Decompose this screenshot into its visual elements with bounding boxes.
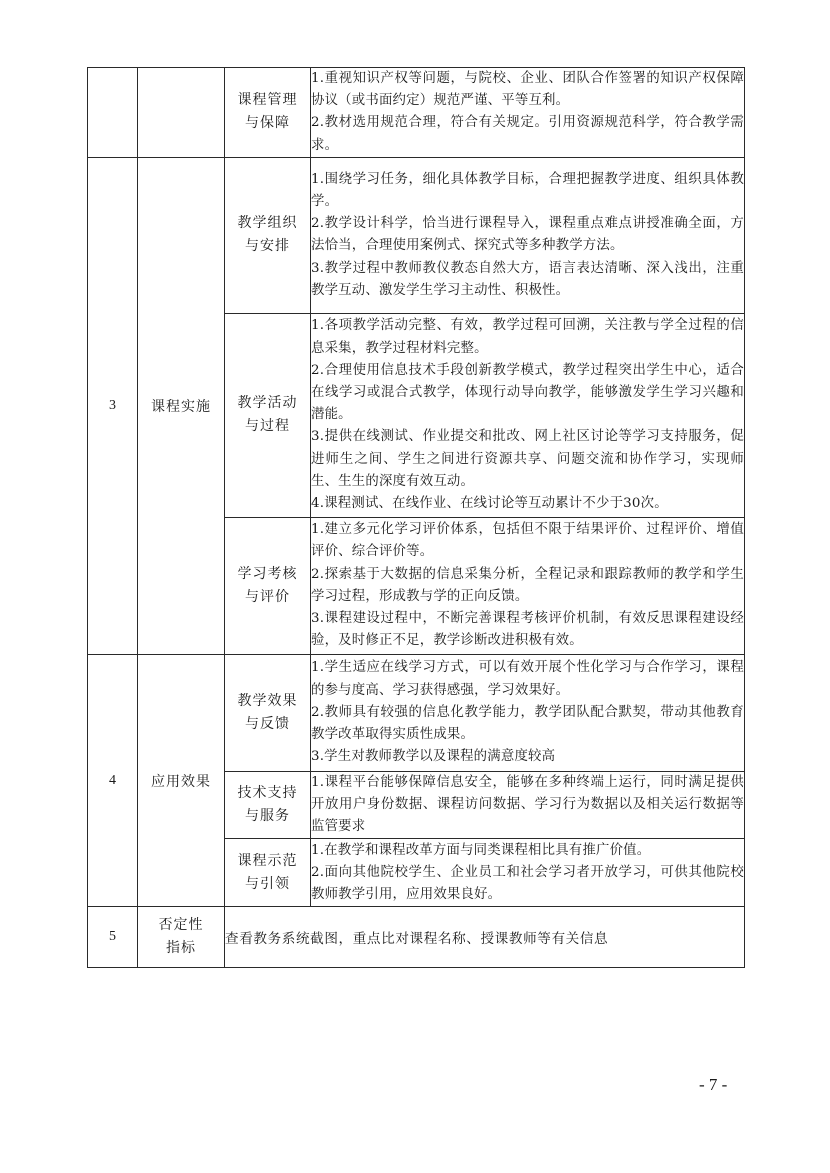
table-row: 3 课程实施 教学组织 与安排 1.围绕学习任务，细化具体教学目标，合理把握教学… (88, 157, 745, 313)
criterion-point: 3.课程建设过程中，不断完善课程考核评价机制，有效反思课程建设经验，及时修正不足… (311, 608, 744, 652)
category-cell: 应用效果 (138, 654, 225, 907)
description-cell: 1.围绕学习任务，细化具体教学目标，合理把握教学进度、组织具体教学。 2.教学设… (311, 157, 745, 313)
description-cell: 1.各项教学活动完整、有效，教学过程可回溯，关注教与学全过程的信息采集，教学过程… (311, 313, 745, 517)
subcategory-line: 与引领 (225, 873, 310, 896)
subcategory-line: 与服务 (225, 805, 310, 828)
criterion-point: 2.教材选用规范合理，符合有关规定。引用资源规范科学，符合教学需求。 (311, 112, 744, 156)
criterion-point: 3.提供在线测试、作业提交和批改、网上社区讨论等学习支持服务，促进师生之间、学生… (311, 426, 744, 493)
criterion-point: 3.教学过程中教师教仪教态自然大方，语言表达清晰、深入浅出，注重教学互动、激发学… (311, 258, 744, 302)
subcategory-cell: 教学组织 与安排 (225, 157, 311, 313)
criterion-point: 1.围绕学习任务，细化具体教学目标，合理把握教学进度、组织具体教学。 (311, 169, 744, 213)
subcategory-line: 与评价 (225, 586, 310, 609)
category-line: 否定性 (138, 914, 224, 937)
description-cell: 1.建立多元化学习评价体系，包括但不限于结果评价、过程评价、增值评价、综合评价等… (311, 517, 745, 654)
subcategory-line: 课程管理 (225, 89, 310, 112)
evaluation-criteria-table: 课程管理 与保障 1.重视知识产权等问题，与院校、企业、团队合作签署的知识产权保… (87, 67, 745, 968)
description-cell: 1.重视知识产权等问题，与院校、企业、团队合作签署的知识产权保障协议（或书面约定… (311, 68, 745, 158)
subcategory-line: 教学活动 (225, 392, 310, 415)
subcategory-line: 教学组织 (225, 212, 310, 235)
subcategory-line: 学习考核 (225, 563, 310, 586)
table-row: 5 否定性 指标 查看教务系统截图，重点比对课程名称、授课教师等有关信息 (88, 907, 745, 968)
description-cell: 1.学生适应在线学习方式，可以有效开展个性化学习与合作学习，课程的参与度高、学习… (311, 654, 745, 771)
subcategory-line: 课程示范 (225, 850, 310, 873)
subcategory-line: 与过程 (225, 415, 310, 438)
page-number: - 7 - (699, 1075, 727, 1095)
subcategory-cell: 教学效果 与反馈 (225, 654, 311, 771)
description-cell: 查看教务系统截图，重点比对课程名称、授课教师等有关信息 (225, 907, 745, 968)
criterion-point: 2.面向其他院校学生、企业员工和社会学习者开放学习，可供其他院校教师教学引用，应… (311, 862, 744, 906)
subcategory-line: 教学效果 (225, 690, 310, 713)
subcategory-cell: 教学活动 与过程 (225, 313, 311, 517)
subcategory-line: 与反馈 (225, 713, 310, 736)
subcategory-line: 与安排 (225, 235, 310, 258)
subcategory-cell: 学习考核 与评价 (225, 517, 311, 654)
criterion-point: 2.教学设计科学，恰当进行课程导入，课程重点难点讲授准确全面，方法恰当，合理使用… (311, 213, 744, 257)
category-line: 指标 (138, 937, 224, 960)
criterion-point: 1.各项教学活动完整、有效，教学过程可回溯，关注教与学全过程的信息采集，教学过程… (311, 315, 744, 359)
subcategory-cell: 技术支持 与服务 (225, 771, 311, 839)
category-cell: 课程实施 (138, 157, 225, 654)
criterion-point: 3.学生对教师教学以及课程的满意度较高 (311, 746, 744, 768)
criterion-point: 2.合理使用信息技术手段创新教学模式，教学过程突出学生中心，适合在线学习或混合式… (311, 360, 744, 427)
category-cell (138, 68, 225, 158)
criterion-point: 2.探索基于大数据的信息采集分析，全程记录和跟踪教师的教学和学生学习过程，形成教… (311, 564, 744, 608)
index-cell: 4 (88, 654, 138, 907)
criterion-point: 2.教师具有较强的信息化教学能力，教学团队配合默契，带动其他教育教学改革取得实质… (311, 702, 744, 746)
table-row: 课程管理 与保障 1.重视知识产权等问题，与院校、企业、团队合作签署的知识产权保… (88, 68, 745, 158)
index-cell (88, 68, 138, 158)
table-row: 4 应用效果 教学效果 与反馈 1.学生适应在线学习方式，可以有效开展个性化学习… (88, 654, 745, 771)
criterion-point: 1.在教学和课程改革方面与同类课程相比具有推广价值。 (311, 840, 744, 862)
description-cell: 1.课程平台能够保障信息安全，能够在多种终端上运行，同时满足提供开放用户身份数据… (311, 771, 745, 839)
index-cell: 5 (88, 907, 138, 968)
subcategory-cell: 课程示范 与引领 (225, 839, 311, 907)
category-cell: 否定性 指标 (138, 907, 225, 968)
criterion-point: 1.学生适应在线学习方式，可以有效开展个性化学习与合作学习，课程的参与度高、学习… (311, 657, 744, 701)
criterion-point: 4.课程测试、在线作业、在线讨论等互动累计不少于30次。 (311, 493, 744, 515)
criterion-point: 1.课程平台能够保障信息安全，能够在多种终端上运行，同时满足提供开放用户身份数据… (311, 772, 744, 839)
subcategory-cell: 课程管理 与保障 (225, 68, 311, 158)
subcategory-line: 技术支持 (225, 782, 310, 805)
description-cell: 1.在教学和课程改革方面与同类课程相比具有推广价值。 2.面向其他院校学生、企业… (311, 839, 745, 907)
criterion-point: 1.建立多元化学习评价体系，包括但不限于结果评价、过程评价、增值评价、综合评价等… (311, 519, 744, 563)
criterion-point: 1.重视知识产权等问题，与院校、企业、团队合作签署的知识产权保障协议（或书面约定… (311, 68, 744, 112)
subcategory-line: 与保障 (225, 112, 310, 135)
index-cell: 3 (88, 157, 138, 654)
